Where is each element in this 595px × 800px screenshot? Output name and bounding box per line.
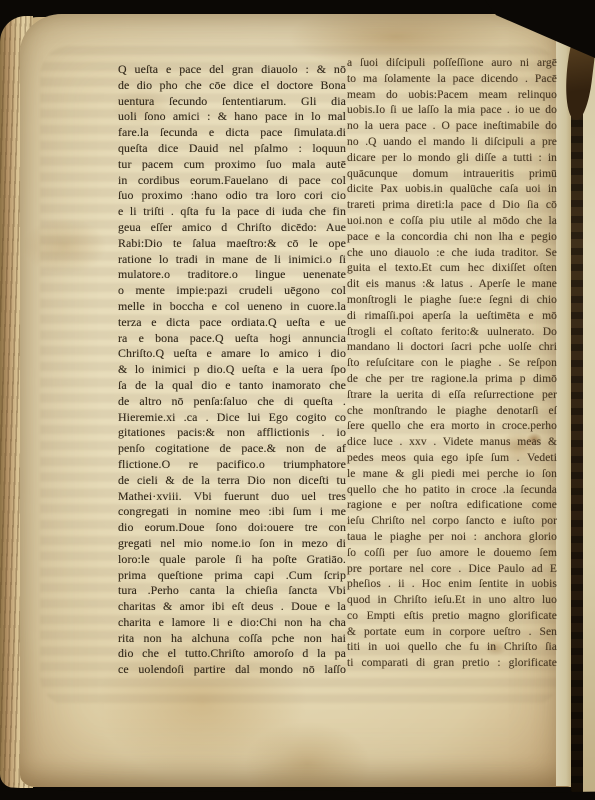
text-line: monſtrogli le piaghe ſue:e ſegni di chio	[347, 293, 557, 309]
text-column-right: a ſuoi diſcipuli poſſeſſione auro ni arg…	[347, 56, 557, 672]
text-line: charitas & amor ibi eſt deus . Doue e la	[118, 599, 346, 615]
text-line: che uno diauolo :e che iuda traditor. Se	[347, 246, 557, 262]
text-line: taua le piaghe per noi : anchora glorio	[347, 530, 557, 546]
text-line: ſere quello che era morto in croce.perho	[347, 419, 557, 435]
text-line: dio eorum.Doue ſono doi:ouere tre con	[118, 520, 346, 536]
text-line: uentura ſecundo ſententiarum. Gli dia	[118, 94, 346, 110]
text-line: quod in Chriſto ieſu.Et in uno altro luo	[347, 593, 557, 609]
text-line: quello che ho patito in croce .la ſecund…	[347, 483, 557, 499]
text-line: melle in boccha e col ueneno in cuore.la	[118, 299, 346, 315]
text-line: di rimaſſi.poi aperſa la ueſtimēta e mō	[347, 309, 557, 325]
text-line: rita non ha alchuna coſſa pche non hai	[118, 631, 346, 647]
text-line: guita el texto.Et cum hec dixiſſet oſten	[347, 261, 557, 277]
text-line: ſo coſſi per ſuo amore le douemo ſem	[347, 546, 557, 562]
text-line: fare.la ſecunda e dicta pace ſimulata.di	[118, 125, 346, 141]
text-line: ra e bona pace.Q ueſta hogi annuncia	[118, 331, 346, 347]
text-line: queſta dice Dauid nel pſalmo : loquun	[118, 141, 346, 157]
text-line: ce uolendoſi partire dal mondo nō laſſo	[118, 662, 346, 678]
text-line: ſto reſuſcitare con le piaghe . Se reſpo…	[347, 356, 557, 372]
text-line: trareti prima direti:la pace d Dio ſia c…	[347, 198, 557, 214]
text-line: e li triſti . qſta fu la pace di iuda ch…	[118, 204, 346, 220]
text-line: de dio pho che cōe dice el doctore Bona	[118, 78, 346, 94]
text-line: no la uera pace . O pace ineſtimabile do	[347, 119, 557, 135]
text-line: to ma ſolamente la pace dicendo . Pacē	[347, 72, 557, 88]
text-line: uobis.Io ſi ue laſſo la mia pace . io ue…	[347, 103, 557, 119]
text-line: Q ueſta e pace del gran diauolo : & nō	[118, 62, 346, 78]
text-line: ſtrogli el coſtato ferito:& uulnerato. D…	[347, 325, 557, 341]
text-line: ratione lo tradi in mane de li inimici.o…	[118, 252, 346, 268]
text-line: meam do uobis:Pacem meam relinquo	[347, 88, 557, 104]
text-line: & lo inimici p dio.Q ueſta e la uera ſpo	[118, 362, 346, 378]
text-line: pheſios . ii . Hoc enim ſentite in uobis	[347, 577, 557, 593]
text-line: mulatore.o traditore.o lingue uenenate	[118, 267, 346, 283]
text-line: uoi.non e coſſa piu utile al mōdo che la	[347, 214, 557, 230]
text-line: charita e lamore li e dio:Chi non ha cha	[118, 615, 346, 631]
text-line: gregati nel mio nome.io ſon in mezo di	[118, 536, 346, 552]
text-line: co Empti eſtis pretio magno glorificate	[347, 609, 557, 625]
text-line: che monſtrando le piaghe denotarſi eſ	[347, 404, 557, 420]
text-line: Rabi:Dio te ſalua maeſtro:& cō le ope	[118, 236, 346, 252]
text-line: pedes meos quia ego ipſe ſum . Vedeti	[347, 451, 557, 467]
text-line: Mathei·xviii. Vbi fuerunt duo uel tres	[118, 489, 346, 505]
text-line: gitationes pacis:& non afflictionis . io	[118, 425, 346, 441]
text-line: dice luce . xxv . Videte manus meas &	[347, 435, 557, 451]
text-line: mandano li doctori ſacri pche uolſe chri	[347, 340, 557, 356]
text-line: le mane & gli piedi mei perche io ſon	[347, 467, 557, 483]
text-line: de cieli & de la terra Dio non diceſti t…	[118, 473, 346, 489]
next-leaf-edge	[583, 18, 595, 794]
text-line: quācunque domum intraueritis primū	[347, 167, 557, 183]
text-line: ieſu Chriſto nel corpo ſancto e iuſto po…	[347, 514, 557, 530]
text-line: dit eis manus :& latus . Aperſe le mane	[347, 277, 557, 293]
text-line: penſo cogitatione de pace.& non de af	[118, 441, 346, 457]
text-line: ti comparati di gran pretio : glorificat…	[347, 656, 557, 672]
text-line: ragione e per noſtra edificatione come	[347, 498, 557, 514]
text-line: tur pacem cum proximo ſuo mala autē	[118, 157, 346, 173]
text-line: o mente impie:pazi crudeli uēgono col	[118, 283, 346, 299]
text-line: de che per tre ragione.la prima p dimō	[347, 372, 557, 388]
text-line: congregati in nomine meo :ibi ſum i me	[118, 504, 346, 520]
text-line: loro:le quale parole ſi ha poſte Gratiāo…	[118, 552, 346, 568]
text-column-left: Q ueſta e pace del gran diauolo : & nōde…	[118, 62, 346, 678]
text-line: Chriſto.Q ueſta e amare lo amico i dio	[118, 346, 346, 362]
text-line: ſa de la qual dio e tanto inamorato che	[118, 378, 346, 394]
text-line: pace e la concordia chi non lha e pegio	[347, 230, 557, 246]
text-line: prima queſtione prima capi .Cum ſcrip	[118, 568, 346, 584]
text-line: dicare per lo mondo gli diſſe a tutti : …	[347, 151, 557, 167]
text-line: terza e dicta pace ordiata.Q ueſta e ue	[118, 315, 346, 331]
text-line: titi in uoi quello che fu in Chriſto ſia	[347, 640, 557, 656]
text-line: ſuo proximo :hano odio tra loro cori cio	[118, 188, 346, 204]
text-line: de altro nō penſa:ſaluo che di queſta .	[118, 394, 346, 410]
text-line: geua eſſer amico d Chriſto dicēdo: Aue	[118, 220, 346, 236]
text-line: a ſuoi diſcipuli poſſeſſione auro ni arg…	[347, 56, 557, 72]
text-line: ſtrare la uerita di eſſa reſurrectione p…	[347, 388, 557, 404]
text-line: & portate eum in corpore ueſtro . Sen	[347, 625, 557, 641]
text-line: dio che el tutto.Chriſto amoroſo d la pa	[118, 646, 346, 662]
text-line: uoli ſono amici : & hano pace in lo mal	[118, 109, 346, 125]
text-line: in cordibus eorum.Fauelano di pace col	[118, 173, 346, 189]
text-line: tura .Perho canta la chieſia ſancta Vbi	[118, 583, 346, 599]
text-line: no .Q uando el mando li diſcipuli a pre	[347, 135, 557, 151]
text-line: pre portare nel core . Dice Paulo ad E	[347, 562, 557, 578]
text-line: Hieremie.xi .ca . Dice lui Ego cogito co	[118, 410, 346, 426]
text-line: flictione.O re pacifico.o triumphatore	[118, 457, 346, 473]
text-line: dicite Pax uobis.in qualūche caſa uoi in	[347, 182, 557, 198]
